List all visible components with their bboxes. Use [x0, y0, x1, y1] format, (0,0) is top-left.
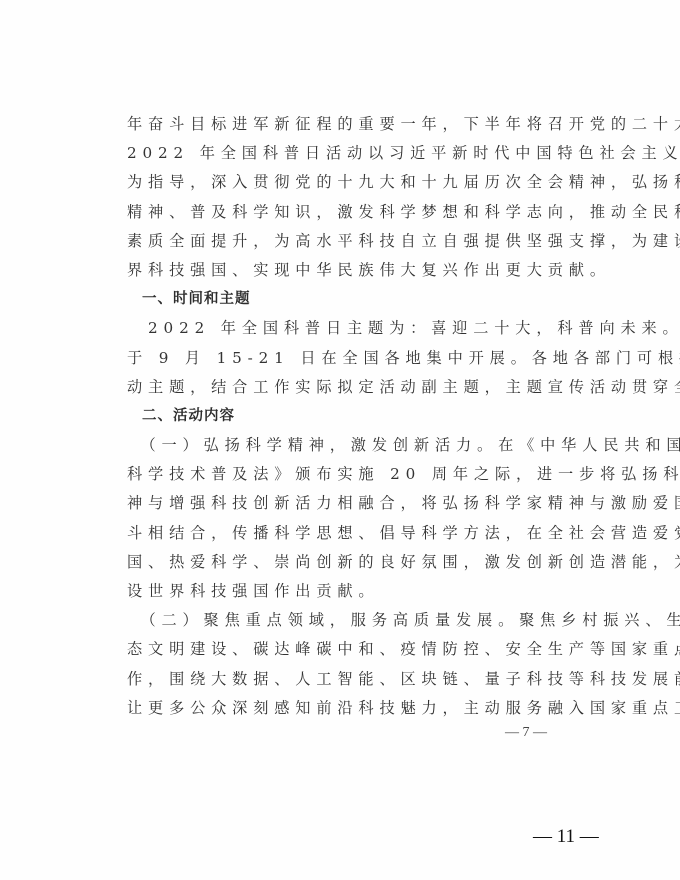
text-line: 年奋斗目标进军新征程的重要一年，下半年将召开党的二十大。	[127, 110, 551, 139]
text-line: 2022 年全国科普日主题为：喜迎二十大，科普向未来。定	[127, 314, 551, 343]
text-line: 让更多公众深刻感知前沿科技魅力，主动服务融入国家重点工	[127, 694, 551, 723]
text-line: 作，围绕大数据、人工智能、区块链、量子科技等科技发展前沿，	[127, 665, 551, 694]
text-line: 精神、普及科学知识，激发科学梦想和科学志向，推动全民科学	[127, 198, 551, 227]
document-page: 年奋斗目标进军新征程的重要一年，下半年将召开党的二十大。 2022 年全国科普日…	[0, 0, 680, 880]
section-heading-time-theme: 一、时间和主题	[127, 285, 551, 314]
section-heading-activity-content: 二、活动内容	[127, 402, 551, 431]
text-line: 态文明建设、碳达峰碳中和、疫情防控、安全生产等国家重点工	[127, 635, 551, 664]
text-line: （一）弘扬科学精神，激发创新活力。在《中华人民共和国	[127, 431, 551, 460]
inner-page-number: — 7 —	[505, 725, 547, 741]
text-line: 国、热爱科学、崇尚创新的良好氛围，激发创新创造潜能，为建	[127, 548, 551, 577]
text-line: 界科技强国、实现中华民族伟大复兴作出更大贡献。	[127, 256, 551, 285]
text-line: 于 9 月 15-21 日在全国各地集中开展。各地各部门可根据全国活	[127, 344, 551, 373]
text-line: （二）聚焦重点领域，服务高质量发展。聚焦乡村振兴、生	[127, 606, 551, 635]
outer-page-number: — 11 —	[533, 826, 599, 848]
text-line: 科学技术普及法》颁布实施 20 周年之际，进一步将弘扬科学精	[127, 460, 551, 489]
text-line: 神与增强科技创新活力相融合，将弘扬科学家精神与激励爱国奋	[127, 489, 551, 518]
text-line: 斗相结合，传播科学思想、倡导科学方法，在全社会营造爱党爱	[127, 519, 551, 548]
document-body: 年奋斗目标进军新征程的重要一年，下半年将召开党的二十大。 2022 年全国科普日…	[127, 110, 551, 723]
text-line: 为指导，深入贯彻党的十九大和十九届历次全会精神，弘扬科学	[127, 168, 551, 197]
text-line: 2022 年全国科普日活动以习近平新时代中国特色社会主义思想	[127, 139, 551, 168]
text-line: 动主题，结合工作实际拟定活动副主题，主题宣传活动贯穿全年。	[127, 373, 551, 402]
text-line: 设世界科技强国作出贡献。	[127, 577, 551, 606]
text-line: 素质全面提升，为高水平科技自立自强提供坚强支撑，为建设世	[127, 227, 551, 256]
